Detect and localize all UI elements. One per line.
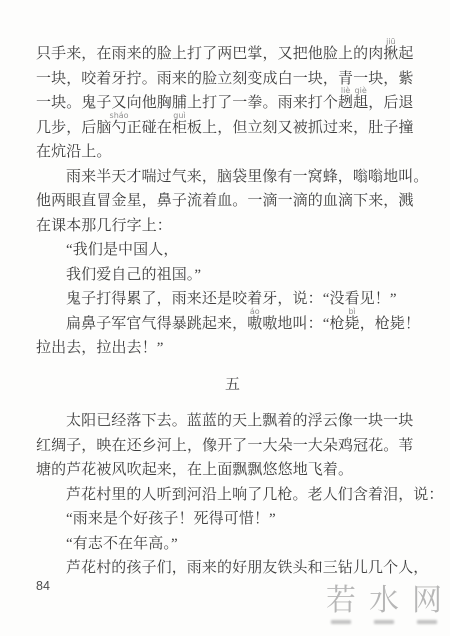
text-run: “我们是中国人， <box>66 242 178 258</box>
text-run: 板上，但立刻又被抓过来，肚子撞 <box>187 120 414 136</box>
text-run: 塘的芦花被风吹起来，在上面飘飘悠悠地飞着。 <box>36 462 353 478</box>
text-run: 雨来半天才喘过气来，脑袋里像有一窝蜂，嗡嗡地叫。 <box>66 169 428 185</box>
text-run: 几步，后脑 <box>36 120 112 136</box>
page-number: 84 <box>36 579 50 593</box>
pinyin-annotated-char: guì柜 <box>172 116 187 141</box>
pinyin-annotated-char: áo嗷 <box>247 312 262 337</box>
watermark-glyph: 若 <box>326 585 356 617</box>
text-run: ，枪毙！ <box>360 316 420 332</box>
pinyin-annotated-char: sháo勺 <box>112 116 127 141</box>
watermark-glyph: 水 <box>369 585 399 617</box>
text-line: 红绸子，映在还乡河上，像开了一大朵一大朵鸡冠花。苇 <box>36 434 430 459</box>
text-run: 起 <box>398 46 413 62</box>
watermark-subtext-blur <box>374 620 394 624</box>
text-run: ，后退 <box>368 95 413 111</box>
watermark-subtext-blur <box>331 620 351 624</box>
pinyin-label: jiū <box>386 38 396 46</box>
textbook-page: 只手来，在雨来的脸上打了两巴掌，又把他脸上的肉jiū揪起一块，咬着牙拧。雨来的脸… <box>0 0 450 636</box>
text-run: “雨来是个好孩子！死得可惜！” <box>66 511 276 527</box>
text-line: “雨来是个好孩子！死得可惜！” <box>36 507 430 532</box>
text-line: 一块，咬着牙拧。雨来的脸立刻变成白一块，青一块，紫 <box>36 67 430 92</box>
text-run: 他两眼直冒金星，鼻子流着血。一滴一滴的血滴下来，溅 <box>36 193 414 209</box>
watermark-char: 若 <box>326 585 356 624</box>
page-text: 只手来，在雨来的脸上打了两巴掌，又把他脸上的肉jiū揪起一块，咬着牙拧。雨来的脸… <box>36 42 430 581</box>
text-run: 在课本那几行字上： <box>36 218 172 234</box>
text-run: 我们爱自己的祖国。” <box>66 267 201 283</box>
text-run: 一块。鬼子又向他胸脯上打了一拳。雨来打个 <box>36 95 338 111</box>
pinyin-annotated-char: bì毙 <box>345 312 360 337</box>
text-line: 他两眼直冒金星，鼻子流着血。一滴一滴的血滴下来，溅 <box>36 189 430 214</box>
watermark-char: 水 <box>369 585 399 624</box>
text-run: 鬼子打得累了，雨来还是咬着牙，说：“没看见！” <box>66 291 397 307</box>
watermark-subtext-blur <box>417 620 437 624</box>
pinyin-label: áo <box>250 308 260 316</box>
pinyin-annotated-char: liè趔 <box>338 91 353 116</box>
watermark: 若水网 <box>326 585 442 624</box>
text-line: 芦花村的孩子们，雨来的好朋友铁头和三钻儿几个人， <box>36 556 430 581</box>
text-line: 雨来半天才喘过气来，脑袋里像有一窝蜂，嗡嗡地叫。 <box>36 165 430 190</box>
watermark-glyph: 网 <box>412 585 442 617</box>
text-line: 只手来，在雨来的脸上打了两巴掌，又把他脸上的肉jiū揪起 <box>36 42 430 67</box>
watermark-char: 网 <box>412 585 442 624</box>
pinyin-label: qiè <box>355 87 367 95</box>
pinyin-label: guì <box>173 112 185 120</box>
text-line: “我们是中国人， <box>36 238 430 263</box>
text-run: 只手来，在雨来的脸上打了两巴掌，又把他脸上的肉 <box>36 46 383 62</box>
text-line: “有志不在年高。” <box>36 532 430 557</box>
text-run: 拉出去，拉出去！” <box>36 340 164 356</box>
text-run: 在炕沿上。 <box>36 144 112 160</box>
text-line: 拉出去，拉出去！” <box>36 336 430 361</box>
text-line: 鬼子打得累了，雨来还是咬着牙，说：“没看见！” <box>36 287 430 312</box>
text-run: “有志不在年高。” <box>66 536 178 552</box>
text-run: 红绸子，映在还乡河上，像开了一大朵一大朵鸡冠花。苇 <box>36 438 414 454</box>
pinyin-label: sháo <box>110 112 129 120</box>
text-line: 塘的芦花被风吹起来，在上面飘飘悠悠地飞着。 <box>36 458 430 483</box>
text-line: 在炕沿上。 <box>36 140 430 165</box>
pinyin-label: liè <box>341 87 350 95</box>
text-line: 太阳已经落下去。蓝蓝的天上飘着的浮云像一块一块 <box>36 409 430 434</box>
pinyin-annotated-char: jiū揪 <box>383 42 398 67</box>
text-line: 扁鼻子军官气得暴跳起来，áo嗷嗷地叫：“枪bì毙，枪毙！ <box>36 312 430 337</box>
text-run: 太阳已经落下去。蓝蓝的天上飘着的浮云像一块一块 <box>66 413 413 429</box>
text-run: 扁鼻子军官气得暴跳起来， <box>66 316 247 332</box>
pinyin-annotated-char: qiè趄 <box>353 91 368 116</box>
text-line: 在课本那几行字上： <box>36 214 430 239</box>
text-run: 一块，咬着牙拧。雨来的脸立刻变成白一块，青一块，紫 <box>36 71 414 87</box>
section-heading: 五 <box>36 373 430 398</box>
text-run: 芦花村的孩子们，雨来的好朋友铁头和三钻儿几个人， <box>66 560 428 576</box>
text-run: 芦花村里的人听到河沿上响了几枪。老人们含着泪，说： <box>66 487 444 503</box>
text-run: 嗷地叫：“枪 <box>262 316 344 332</box>
text-run: 正碰在 <box>127 120 172 136</box>
text-line: 一块。鬼子又向他胸脯上打了一拳。雨来打个liè趔qiè趄，后退 <box>36 91 430 116</box>
pinyin-label: bì <box>348 308 355 316</box>
text-run: 五 <box>225 377 241 393</box>
text-line: 芦花村里的人听到河沿上响了几枪。老人们含着泪，说： <box>36 483 430 508</box>
text-line: 几步，后脑sháo勺正碰在guì柜板上，但立刻又被抓过来，肚子撞 <box>36 116 430 141</box>
text-line: 我们爱自己的祖国。” <box>36 263 430 288</box>
